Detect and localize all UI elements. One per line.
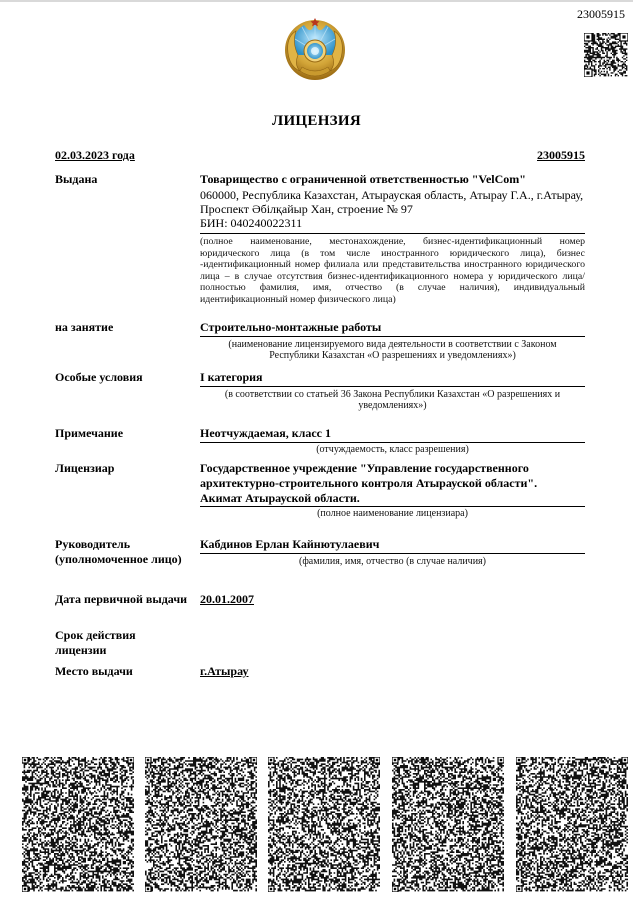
state-emblem-icon	[282, 15, 348, 83]
licensor-hint: (полное наименование лицензиара)	[200, 508, 585, 520]
divider	[200, 336, 585, 337]
bin-value: БИН: 040240022311	[200, 216, 585, 231]
note-label: Примечание	[55, 426, 123, 441]
company-name: Товарищество с ограниченной ответственно…	[200, 172, 585, 187]
address-line-2: Проспект Әбілқайыр Хан, строение № 97	[200, 202, 585, 217]
place-value: г.Атырау	[200, 664, 249, 679]
issue-date: 02.03.2023 года	[55, 148, 135, 163]
validity-label-2: лицензии	[55, 643, 106, 658]
head-hint: (фамилия, имя, отчество (в случае наличи…	[200, 556, 585, 568]
special-conditions-hint-2: уведомлениях»)	[200, 400, 585, 412]
place-label: Место выдачи	[55, 664, 133, 679]
address-line-1: 060000, Республика Казахстан, Атырауская…	[200, 188, 585, 203]
activity-value: Строительно-монтажные работы	[200, 320, 585, 335]
license-number: 23005915	[537, 148, 585, 163]
special-conditions-label: Особые условия	[55, 370, 143, 385]
qr-code-icon	[145, 757, 257, 892]
licensor-line-2: архитектурно-строительного контроля Атыр…	[200, 476, 585, 491]
issued-to-label: Выдана	[55, 172, 97, 187]
divider	[200, 233, 585, 234]
divider	[200, 386, 585, 387]
licensor-label: Лицензиар	[55, 461, 114, 476]
divider	[200, 553, 585, 554]
qr-code-icon	[392, 757, 504, 892]
head-label-2: (уполномоченное лицо)	[55, 552, 182, 567]
qr-code-icon	[584, 33, 628, 77]
first-issue-label: Дата первичной выдачи	[55, 592, 187, 607]
top-border	[0, 0, 633, 2]
special-conditions-value: I категория	[200, 370, 585, 385]
head-value: Кабдинов Ерлан Кайнютулаевич	[200, 537, 585, 552]
activity-hint-2: Республики Казахстан «О разрешениях и ув…	[200, 350, 585, 362]
activity-label: на занятие	[55, 320, 113, 335]
note-value: Неотчуждаемая, класс 1	[200, 426, 585, 441]
head-label-1: Руководитель	[55, 537, 130, 552]
validity-label-1: Срок действия	[55, 628, 136, 643]
qr-code-icon	[22, 757, 134, 892]
first-issue-value: 20.01.2007	[200, 592, 254, 607]
document-number-top: 23005915	[577, 7, 625, 22]
divider	[200, 442, 585, 443]
divider	[200, 506, 585, 507]
page-title: ЛИЦЕНЗИЯ	[0, 113, 633, 130]
licensor-line-3: Акимат Атырауской области.	[200, 491, 585, 506]
licensor-line-1: Государственное учреждение "Управление г…	[200, 461, 585, 476]
qr-code-icon	[268, 757, 380, 892]
qr-code-icon	[516, 757, 628, 892]
issued-to-hint: (полное наименование, местонахождение, б…	[200, 236, 585, 305]
note-hint: (отчуждаемость, класс разрешения)	[200, 444, 585, 456]
